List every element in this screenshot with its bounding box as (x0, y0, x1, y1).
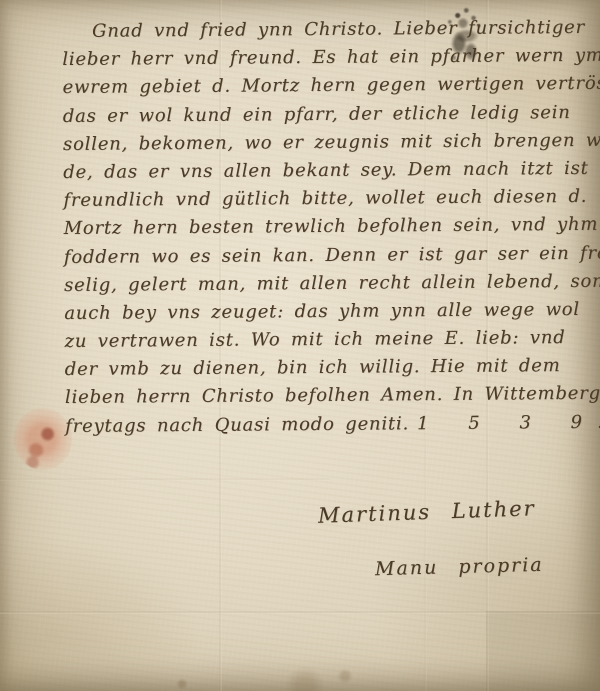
letter-line: selig, gelert man, mit allen recht allei… (64, 268, 586, 300)
letter-line: Gnad vnd fried ynn Christo. Lieber fursi… (62, 14, 584, 46)
wax-seal-remnant (14, 408, 72, 470)
letter-line: das er wol kund ein pfarr, der etliche l… (63, 98, 585, 130)
letter-body: Gnad vnd fried ynn Christo. Lieber fursi… (62, 14, 587, 441)
letter-line: Mortz hern besten trewlich befolhen sein… (64, 211, 586, 243)
signature-manu-propria: Manu propria (375, 554, 544, 580)
letter-dateline: freytags nach Quasi modo geniti.1 5 3 9. (65, 409, 587, 441)
letter-line: lieben herrn Christo befolhen Amen. In W… (65, 380, 587, 412)
year-digits: 1 5 3 9. (409, 411, 600, 434)
dateline-text: freytags nach Quasi modo geniti. (65, 413, 409, 437)
letter-line: ewrem gebiet d. Mortz hern gegen wertige… (62, 70, 584, 102)
letter-scan: Gnad vnd fried ynn Christo. Lieber fursi… (0, 0, 600, 691)
letter-line: zu vertrawen ist. Wo mit ich meine E. li… (64, 324, 586, 356)
letter-line: sollen, bekomen, wo er zeugnis mit sich … (63, 127, 585, 159)
letter-line: auch bey vns zeuget: das yhm ynn alle we… (64, 296, 586, 328)
letter-line: foddern wo es sein kan. Denn er ist gar … (64, 239, 586, 271)
letter-line: de, das er vns allen bekant sey. Dem nac… (63, 155, 585, 187)
letter-line: lieber herr vnd freund. Es hat ein pfarh… (62, 42, 584, 74)
letter-line: der vmb zu dienen, bin ich willig. Hie m… (65, 352, 587, 384)
letter-line: freundlich vnd gütlich bitte, wollet euc… (63, 183, 585, 215)
